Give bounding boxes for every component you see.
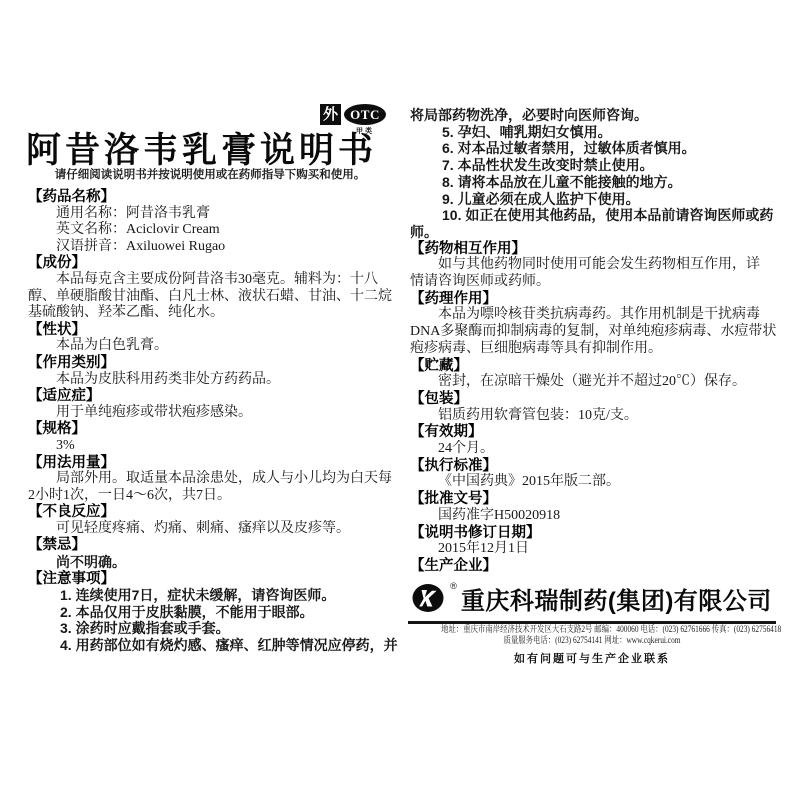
precaution-item: 5. 孕妇、哺乳期妇女慎用。 [410,124,776,141]
text-line: 将局部药物洗净，必要时向医师咨询。 [410,107,776,124]
text-line: 如与其他药物同时使用可能会发生药物相互作用，详 [410,257,776,274]
section-heading: 【适应症】 [28,388,392,405]
precaution-item: 4. 用药部位如有烧灼感、瘙痒、红肿等情况应停药，并 [28,637,392,654]
otc-mark: OTC [344,104,386,125]
quality-phone-line: 质量服务电话：(023) 62754141 网址：www.cqkerui.com [441,635,743,647]
section-heading: 【批准文号】 [410,491,776,508]
text-line: 本品为皮肤科用药类非处方药药品。 [28,372,392,389]
precaution-item: 1. 连续使用7日，症状未缓解，请咨询医师。 [28,587,392,604]
text-line: 《中国药典》2015年版二部。 [410,474,776,491]
text-line: DNA多聚酶而抑制病毒的复制，对单纯疱疹病毒、水痘带状 [410,324,776,341]
section-heading: 【禁忌】 [28,537,392,554]
text-line: 密封，在凉暗干燥处（避光并不超过20℃）保存。 [410,374,776,391]
section-heading: 【药品名称】 [28,189,392,206]
text-line: 通用名称：阿昔洛韦乳膏 [28,206,392,223]
manufacturer-logo-icon [412,583,446,613]
text-line: 24个月。 [410,441,776,458]
text-line: 局部外用。取适量本品涂患处，成人与小儿均为白天每 [28,471,392,488]
left-column: 【药品名称】 通用名称：阿昔洛韦乳膏 英文名称：Aciclovir Cream … [28,189,392,654]
text-line: 3% [28,438,392,455]
text-line: 醇、单硬脂酸甘油酯、白凡士林、液状石蜡、甘油、十二烷 [28,289,392,306]
text-line: 尚不明确。 [28,554,392,571]
otc-external-use-mark: 外 [320,104,341,125]
text-line: 2015年12月1日 [410,541,776,558]
section-heading: 【说明书修订日期】 [410,525,776,542]
section-heading: 【包装】 [410,391,776,408]
read-instructions-note: 请仔细阅读说明书并按说明使用或在药师指导下购买和使用。 [28,166,392,182]
right-column: 将局部药物洗净，必要时向医师咨询。 5. 孕妇、哺乳期妇女慎用。 6. 对本品过… [410,107,776,575]
precaution-item: 3. 涂药时应戴指套或手套。 [28,620,392,637]
text-line: 基硫酸钠、羟苯乙酯、纯化水。 [28,305,392,322]
section-heading: 【规格】 [28,421,392,438]
text-line: 情请咨询医师或药师。 [410,274,776,291]
section-heading: 【贮藏】 [410,358,776,375]
manufacturer-address-line: 地址：重庆市南岸经济技术开发区大石支路2号 邮编：400060 电话：(023)… [441,624,743,636]
section-heading: 【性状】 [28,322,392,339]
section-heading: 【药物相互作用】 [410,241,776,258]
text-line: 用于单纯疱疹或带状疱疹感染。 [28,405,392,422]
text-line: 本品为嘌呤核苷类抗病毒药。其作用机制是干扰病毒 [410,307,776,324]
section-heading: 【生产企业】 [410,558,776,575]
section-heading: 【用法用量】 [28,455,392,472]
text-line: 铝质药用软膏管包装：10克/支。 [410,408,776,425]
precaution-item: 2. 本品仅用于皮肤黏膜，不能用于眼部。 [28,604,392,621]
manufacturer-name: 重庆科瑞制药(集团)有限公司 [461,581,772,616]
section-heading: 【注意事项】 [28,571,392,588]
precaution-item: 10. 如正在使用其他药品，使用本品前请咨询医师或药 [410,207,776,224]
section-heading: 【执行标准】 [410,458,776,475]
precaution-item: 9. 儿童必须在成人监护下使用。 [410,191,776,208]
manufacturer-block: ® 重庆科瑞制药(集团)有限公司 地址：重庆市南岸经济技术开发区大石支路2号 邮… [408,578,776,666]
leaflet-page: 外 OTC 甲类 阿昔洛韦乳膏说明书 请仔细阅读说明书并按说明使用或在药师指导下… [0,0,800,800]
section-heading: 【成份】 [28,255,392,272]
precaution-item: 6. 对本品过敏者禁用，过敏体质者慎用。 [410,140,776,157]
precaution-item: 7. 本品性状发生改变时禁止使用。 [410,157,776,174]
text-line: 汉语拼音：Axiluowei Rugao [28,239,392,256]
precaution-item: 8. 请将本品放在儿童不能接触的地方。 [410,174,776,191]
manufacturer-row: ® 重庆科瑞制药(集团)有限公司 [408,578,776,618]
text-line: 本品为白色乳膏。 [28,338,392,355]
text-line: 本品每克含主要成份阿昔洛韦30毫克。辅料为：十八 [28,272,392,289]
text-line: 疱疹病毒、巨细胞病毒等具有抑制作用。 [410,341,776,358]
text-line: 英文名称：Aciclovir Cream [28,222,392,239]
contact-note: 如有问题可与生产企业联系 [408,650,776,666]
section-heading: 【有效期】 [410,424,776,441]
section-heading: 【不良反应】 [28,504,392,521]
registered-trademark-icon: ® [450,581,457,591]
text-line: 师。 [410,224,776,241]
section-heading: 【药理作用】 [410,291,776,308]
text-line: 国药准字H50020918 [410,508,776,525]
section-heading: 【作用类别】 [28,355,392,372]
text-line: 2小时1次，一日4～6次，共7日。 [28,488,392,505]
text-line: 可见轻度疼痛、灼痛、刺痛、瘙痒以及皮疹等。 [28,521,392,538]
